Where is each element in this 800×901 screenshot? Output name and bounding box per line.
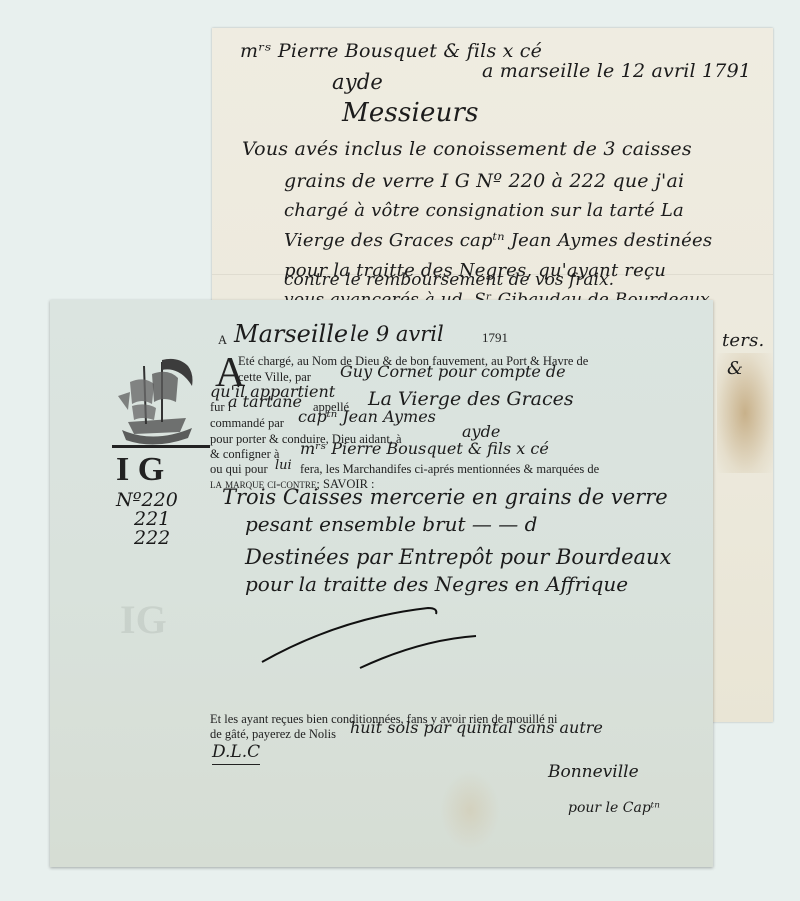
printed-line: fera, les Marchandifes ci-aprés mentionn… — [300, 462, 599, 477]
place-hand: Marseille — [234, 320, 348, 348]
mark-initials: I G — [116, 453, 178, 487]
closing-line: de gâté, payerez de Nolis — [210, 727, 336, 742]
bleed-through-ink: ​ — [298, 59, 307, 83]
printed-line: & configner à — [210, 447, 279, 462]
letter-line: Vierge des Graces capᵗⁿ Jean Aymes desti… — [284, 230, 712, 251]
ship-woodcut-icon — [108, 352, 200, 448]
stain — [440, 770, 500, 850]
mark-divider-rule — [112, 445, 210, 448]
merchant-mark: I G Nº220 221 222 — [116, 453, 178, 548]
signature-note: pour le Capᵗⁿ — [568, 800, 660, 816]
for-whom-hand: lui — [275, 458, 292, 473]
letter-line: Vous avés inclus le conoissement de 3 ca… — [242, 138, 692, 160]
bill-of-lading: IG A Marseille le 9 avril 1791 A Eté cha… — [50, 300, 713, 867]
signature: Bonneville — [548, 762, 639, 782]
mark-numbers: Nº220 221 222 — [116, 491, 178, 548]
vessel-type-hand: a tartane — [228, 392, 302, 411]
goods-line: pesant ensemble brut — — d — [245, 512, 537, 536]
shipper-hand: Guy Cornet pour compte de — [340, 362, 566, 381]
consignee-hand: mʳˢ Pierre Bousquet & fils x cé — [300, 439, 549, 458]
printed-line: ou qui pour — [210, 462, 268, 477]
letter-line: contre le remboursement de vos fraix. — [284, 270, 614, 290]
captain-hand: capᵗⁿ Jean Aymes — [298, 407, 436, 426]
letter-addressee-city: ayde — [332, 70, 383, 94]
bleed-through-mark: IG — [120, 600, 167, 640]
letter-margin-fragment: ters. — [722, 330, 764, 351]
goods-line: Destinées par Entrepôt pour Bourdeaux — [245, 545, 671, 569]
letter-margin-fragment: & — [727, 358, 743, 379]
printed-a: A — [218, 333, 227, 348]
freight-hand: huit sols par quintal sans autre — [350, 718, 603, 737]
goods-line: Trois Caisses mercerie en grains de verr… — [222, 485, 668, 509]
mark-number: 222 — [116, 529, 178, 548]
year: 1791 — [482, 330, 508, 346]
dlc-abbrev: D.L.C — [212, 742, 260, 765]
goods-line: pour la traitte des Negres en Affrique — [245, 572, 628, 596]
closing-flourish-icon — [250, 600, 550, 670]
letter-salutation: Messieurs — [342, 98, 479, 128]
printed-line: commandé par — [210, 416, 284, 431]
water-stain — [717, 353, 773, 473]
letter-addressee: mʳˢ Pierre Bousquet & fils x cé — [240, 40, 542, 62]
letter-place-date: a marseille le 12 avril 1791 — [482, 60, 751, 82]
date-hand: le 9 avril — [350, 322, 444, 346]
letter-line: chargé à vôtre consignation sur la tarté… — [284, 200, 684, 221]
letter-line: grains de verre I G Nº 220 à 222 que j'a… — [284, 170, 684, 192]
